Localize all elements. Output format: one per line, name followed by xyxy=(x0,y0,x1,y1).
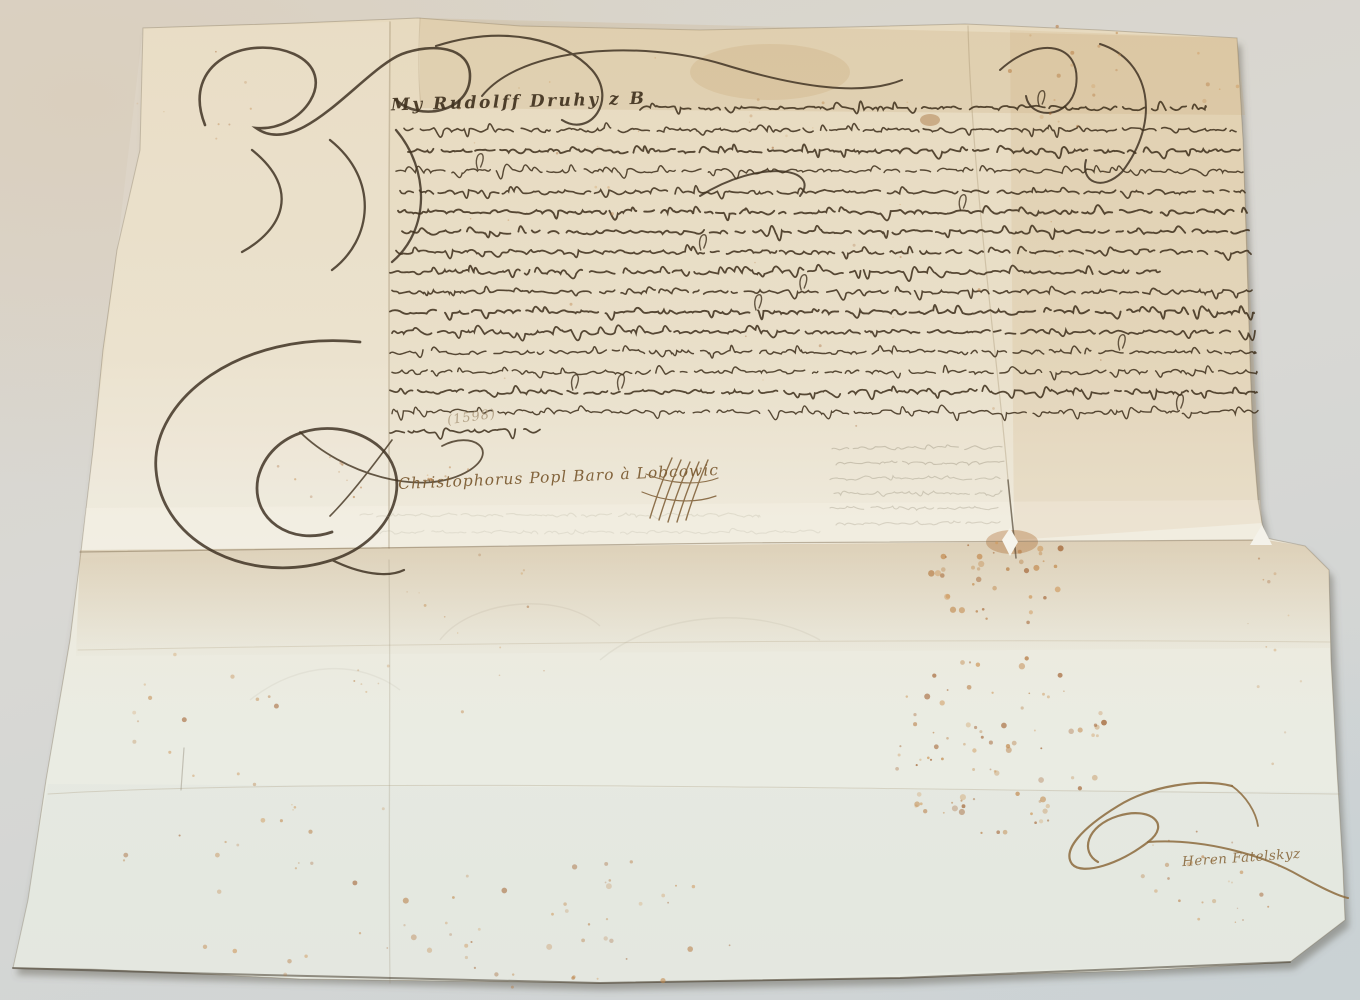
photo-of-document: My Rudolff Druhy z B (1598) Christophoru… xyxy=(0,0,1360,1000)
manuscript-scene xyxy=(0,0,1360,1000)
